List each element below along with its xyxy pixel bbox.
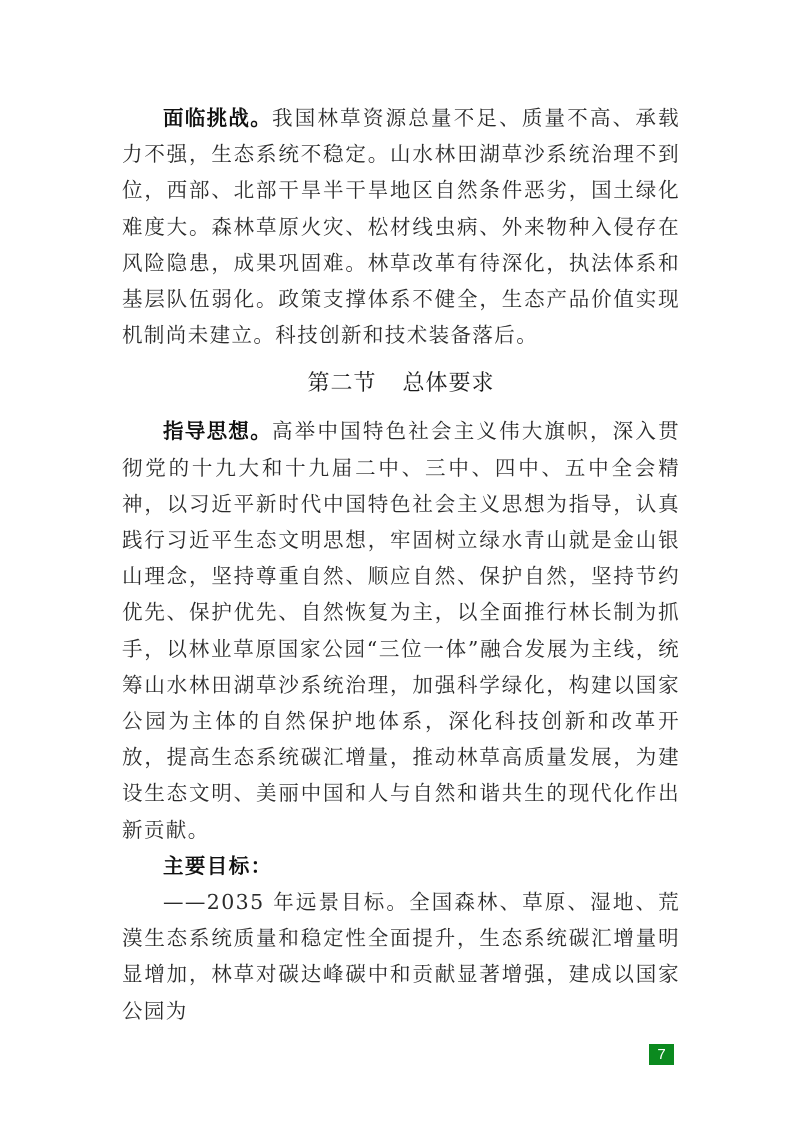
paragraph-lead: 指导思想。 — [163, 419, 272, 443]
paragraph-lead: 面临挑战。 — [163, 106, 272, 130]
paragraph-guiding-ideology: 指导思想。高举中国特色社会主义伟大旗帜，深入贯彻党的十九大和十九届二中、三中、四… — [122, 413, 680, 847]
paragraph-body: 高举中国特色社会主义伟大旗帜，深入贯彻党的十九大和十九届二中、三中、四中、五中全… — [122, 419, 680, 841]
section-number: 第二节 — [307, 371, 376, 396]
subheading-main-goals: 主要目标： — [122, 848, 680, 884]
page-number: 7 — [649, 1044, 674, 1065]
section-heading: 第二节总体要求 — [122, 367, 680, 401]
document-page: 面临挑战。我国林草资源总量不足、质量不高、承载力不强，生态系统不稳定。山水林田湖… — [122, 100, 680, 1029]
paragraph-challenges: 面临挑战。我国林草资源总量不足、质量不高、承载力不强，生态系统不稳定。山水林田湖… — [122, 100, 680, 353]
paragraph-body: 我国林草资源总量不足、质量不高、承载力不强，生态系统不稳定。山水林田湖草沙系统治… — [122, 106, 680, 347]
section-title: 总体要求 — [403, 371, 495, 396]
paragraph-2035-goal: ——2035 年远景目标。全国森林、草原、湿地、荒漠生态系统质量和稳定性全面提升… — [122, 884, 680, 1029]
